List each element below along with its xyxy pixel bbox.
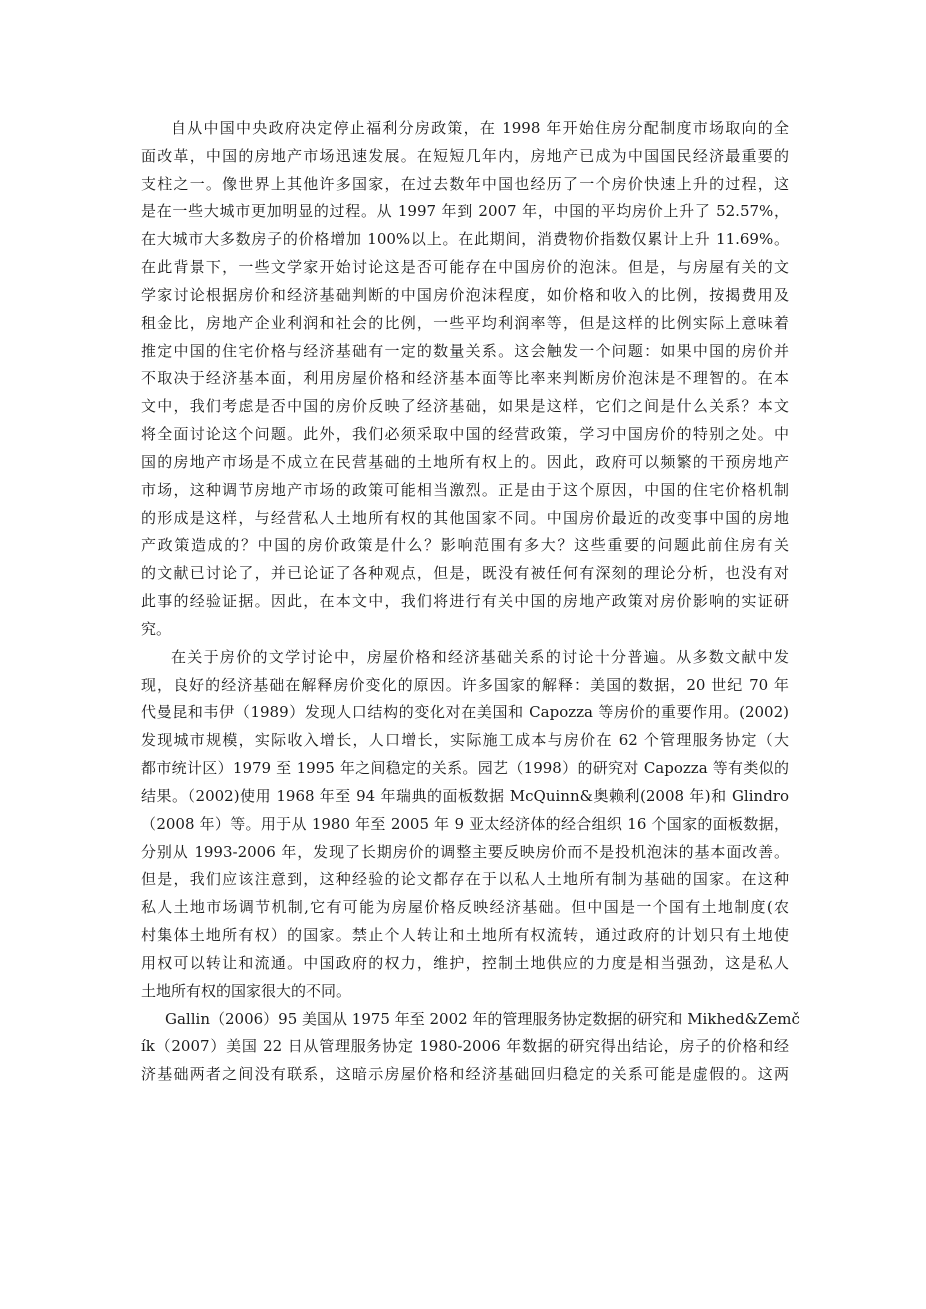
- paragraph-literature-line-7: （2008 年）等。用于从 1980 年至 2005 年 9 亚太经济体的经合组…: [141, 815, 789, 843]
- paragraph-intro-line-6: 在此背景下，一些文学家开始讨论这是否可能存在中国房价的泡沫。但是，与房屋有关的文: [141, 258, 789, 286]
- paragraph-literature-line-8: 分别从 1993-2006 年，发现了长期房价的调整主要反映房价而不是投机泡沫的…: [141, 843, 789, 871]
- paragraph-intro-line-12: 将全面讨论这个问题。此外，我们必须采取中国的经营政策，学习中国房价的特别之处。中: [141, 425, 789, 453]
- document-body: 自从中国中央政府决定停止福利分房政策，在 1998 年开始住房分配制度市场取向的…: [141, 119, 789, 1093]
- paragraph-intro-line-13: 国的房地产市场是不成立在民营基础的土地所有权上的。因此，政府可以频繁的干预房地产: [141, 453, 789, 481]
- document-page: 自从中国中央政府决定停止福利分房政策，在 1998 年开始住房分配制度市场取向的…: [0, 0, 926, 1309]
- paragraph-intro-line-14: 市场，这种调节房地产市场的政策可能相当激烈。正是由于这个原因，中国的住宅价格机制: [141, 481, 789, 509]
- paragraph-intro-line-19: 究。: [141, 620, 789, 648]
- paragraph-intro-line-5: 在大城市大多数房子的价格增加 100%以上。在此期间，消费物价指数仅累计上升 1…: [141, 230, 789, 258]
- paragraph-intro-line-17: 的文献已讨论了，并已论证了各种观点，但是，既没有被任何有深刻的理论分析，也没有对: [141, 564, 789, 592]
- paragraph-intro-line-9: 推定中国的住宅价格与经济基础有一定的数量关系。这会触发一个问题：如果中国的房价并: [141, 342, 789, 370]
- paragraph-literature-line-1: 在关于房价的文学讨论中，房屋价格和经济基础关系的讨论十分普遍。从多数文献中发: [141, 648, 789, 676]
- paragraph-intro-line-7: 学家讨论根据房价和经济基础判断的中国房价泡沫程度，如价格和收入的比例，按揭费用及: [141, 286, 789, 314]
- paragraph-intro-line-16: 产政策造成的？中国的房价政策是什么？影响范围有多大？这些重要的问题此前住房有关: [141, 536, 789, 564]
- paragraph-literature-line-5: 都市统计区）1979 至 1995 年之间稳定的关系。园艺（1998）的研究对 …: [141, 759, 789, 787]
- paragraph-literature-line-3: 代曼昆和韦伊（1989）发现人口结构的变化对在美国和 Capozza 等房价的重…: [141, 703, 789, 731]
- paragraph-literature-line-10: 私人土地市场调节机制,它有可能为房屋价格反映经济基础。但中国是一个国有土地制度(…: [141, 898, 789, 926]
- paragraph-literature-line-2: 现，良好的经济基础在解释房价变化的原因。许多国家的解释：美国的数据，20 世纪 …: [141, 676, 789, 704]
- paragraph-intro-line-2: 面改革，中国的房地产市场迅速发展。在短短几年内，房地产已成为中国国民经济最重要的: [141, 147, 789, 175]
- paragraph-literature-line-6: 结果。（2002)使用 1968 年至 94 年瑞典的面板数据 McQuinn&…: [141, 787, 789, 815]
- paragraph-gallin-line-2: ík（2007）美国 22 日从管理服务协定 1980-2006 年数据的研究得…: [141, 1037, 789, 1065]
- paragraph-literature-line-13: 土地所有权的国家很大的不同。: [141, 982, 789, 1010]
- paragraph-gallin-line-3: 济基础两者之间没有联系，这暗示房屋价格和经济基础回归稳定的关系可能是虚假的。这两: [141, 1065, 789, 1093]
- paragraph-intro-line-10: 不取决于经济基本面，利用房屋价格和经济基本面等比率来判断房价泡沫是不理智的。在本: [141, 369, 789, 397]
- paragraph-intro-line-15: 的形成是这样，与经营私人土地所有权的其他国家不同。中国房价最近的改变事中国的房地: [141, 509, 789, 537]
- paragraph-intro-line-1: 自从中国中央政府决定停止福利分房政策，在 1998 年开始住房分配制度市场取向的…: [141, 119, 789, 147]
- paragraph-intro-line-4: 是在一些大城市更加明显的过程。从 1997 年到 2007 年，中国的平均房价上…: [141, 202, 789, 230]
- paragraph-literature-line-9: 但是，我们应该注意到，这种经验的论文都存在于以私人土地所有制为基础的国家。在这种: [141, 870, 789, 898]
- paragraph-intro-line-3: 支柱之一。像世界上其他许多国家，在过去数年中国也经历了一个房价快速上升的过程，这: [141, 175, 789, 203]
- paragraph-intro-line-8: 租金比，房地产企业利润和社会的比例，一些平均利润率等，但是这样的比例实际上意味着: [141, 314, 789, 342]
- paragraph-intro-line-11: 文中，我们考虑是否中国的房价反映了经济基础，如果是这样，它们之间是什么关系？本文: [141, 397, 789, 425]
- paragraph-literature-line-11: 村集体土地所有权）的国家。禁止个人转让和土地所有权流转，通过政府的计划只有土地使: [141, 926, 789, 954]
- paragraph-literature-line-12: 用权可以转让和流通。中国政府的权力，维护，控制土地供应的力度是相当强劲，这是私人: [141, 954, 789, 982]
- paragraph-literature-line-4: 发现城市规模，实际收入增长，人口增长，实际施工成本与房价在 62 个管理服务协定…: [141, 731, 789, 759]
- paragraph-gallin-line-1: Gallin（2006）95 美国从 1975 年至 2002 年的管理服务协定…: [141, 1010, 789, 1038]
- paragraph-intro-line-18: 此事的经验证据。因此，在本文中，我们将进行有关中国的房地产政策对房价影响的实证研: [141, 592, 789, 620]
